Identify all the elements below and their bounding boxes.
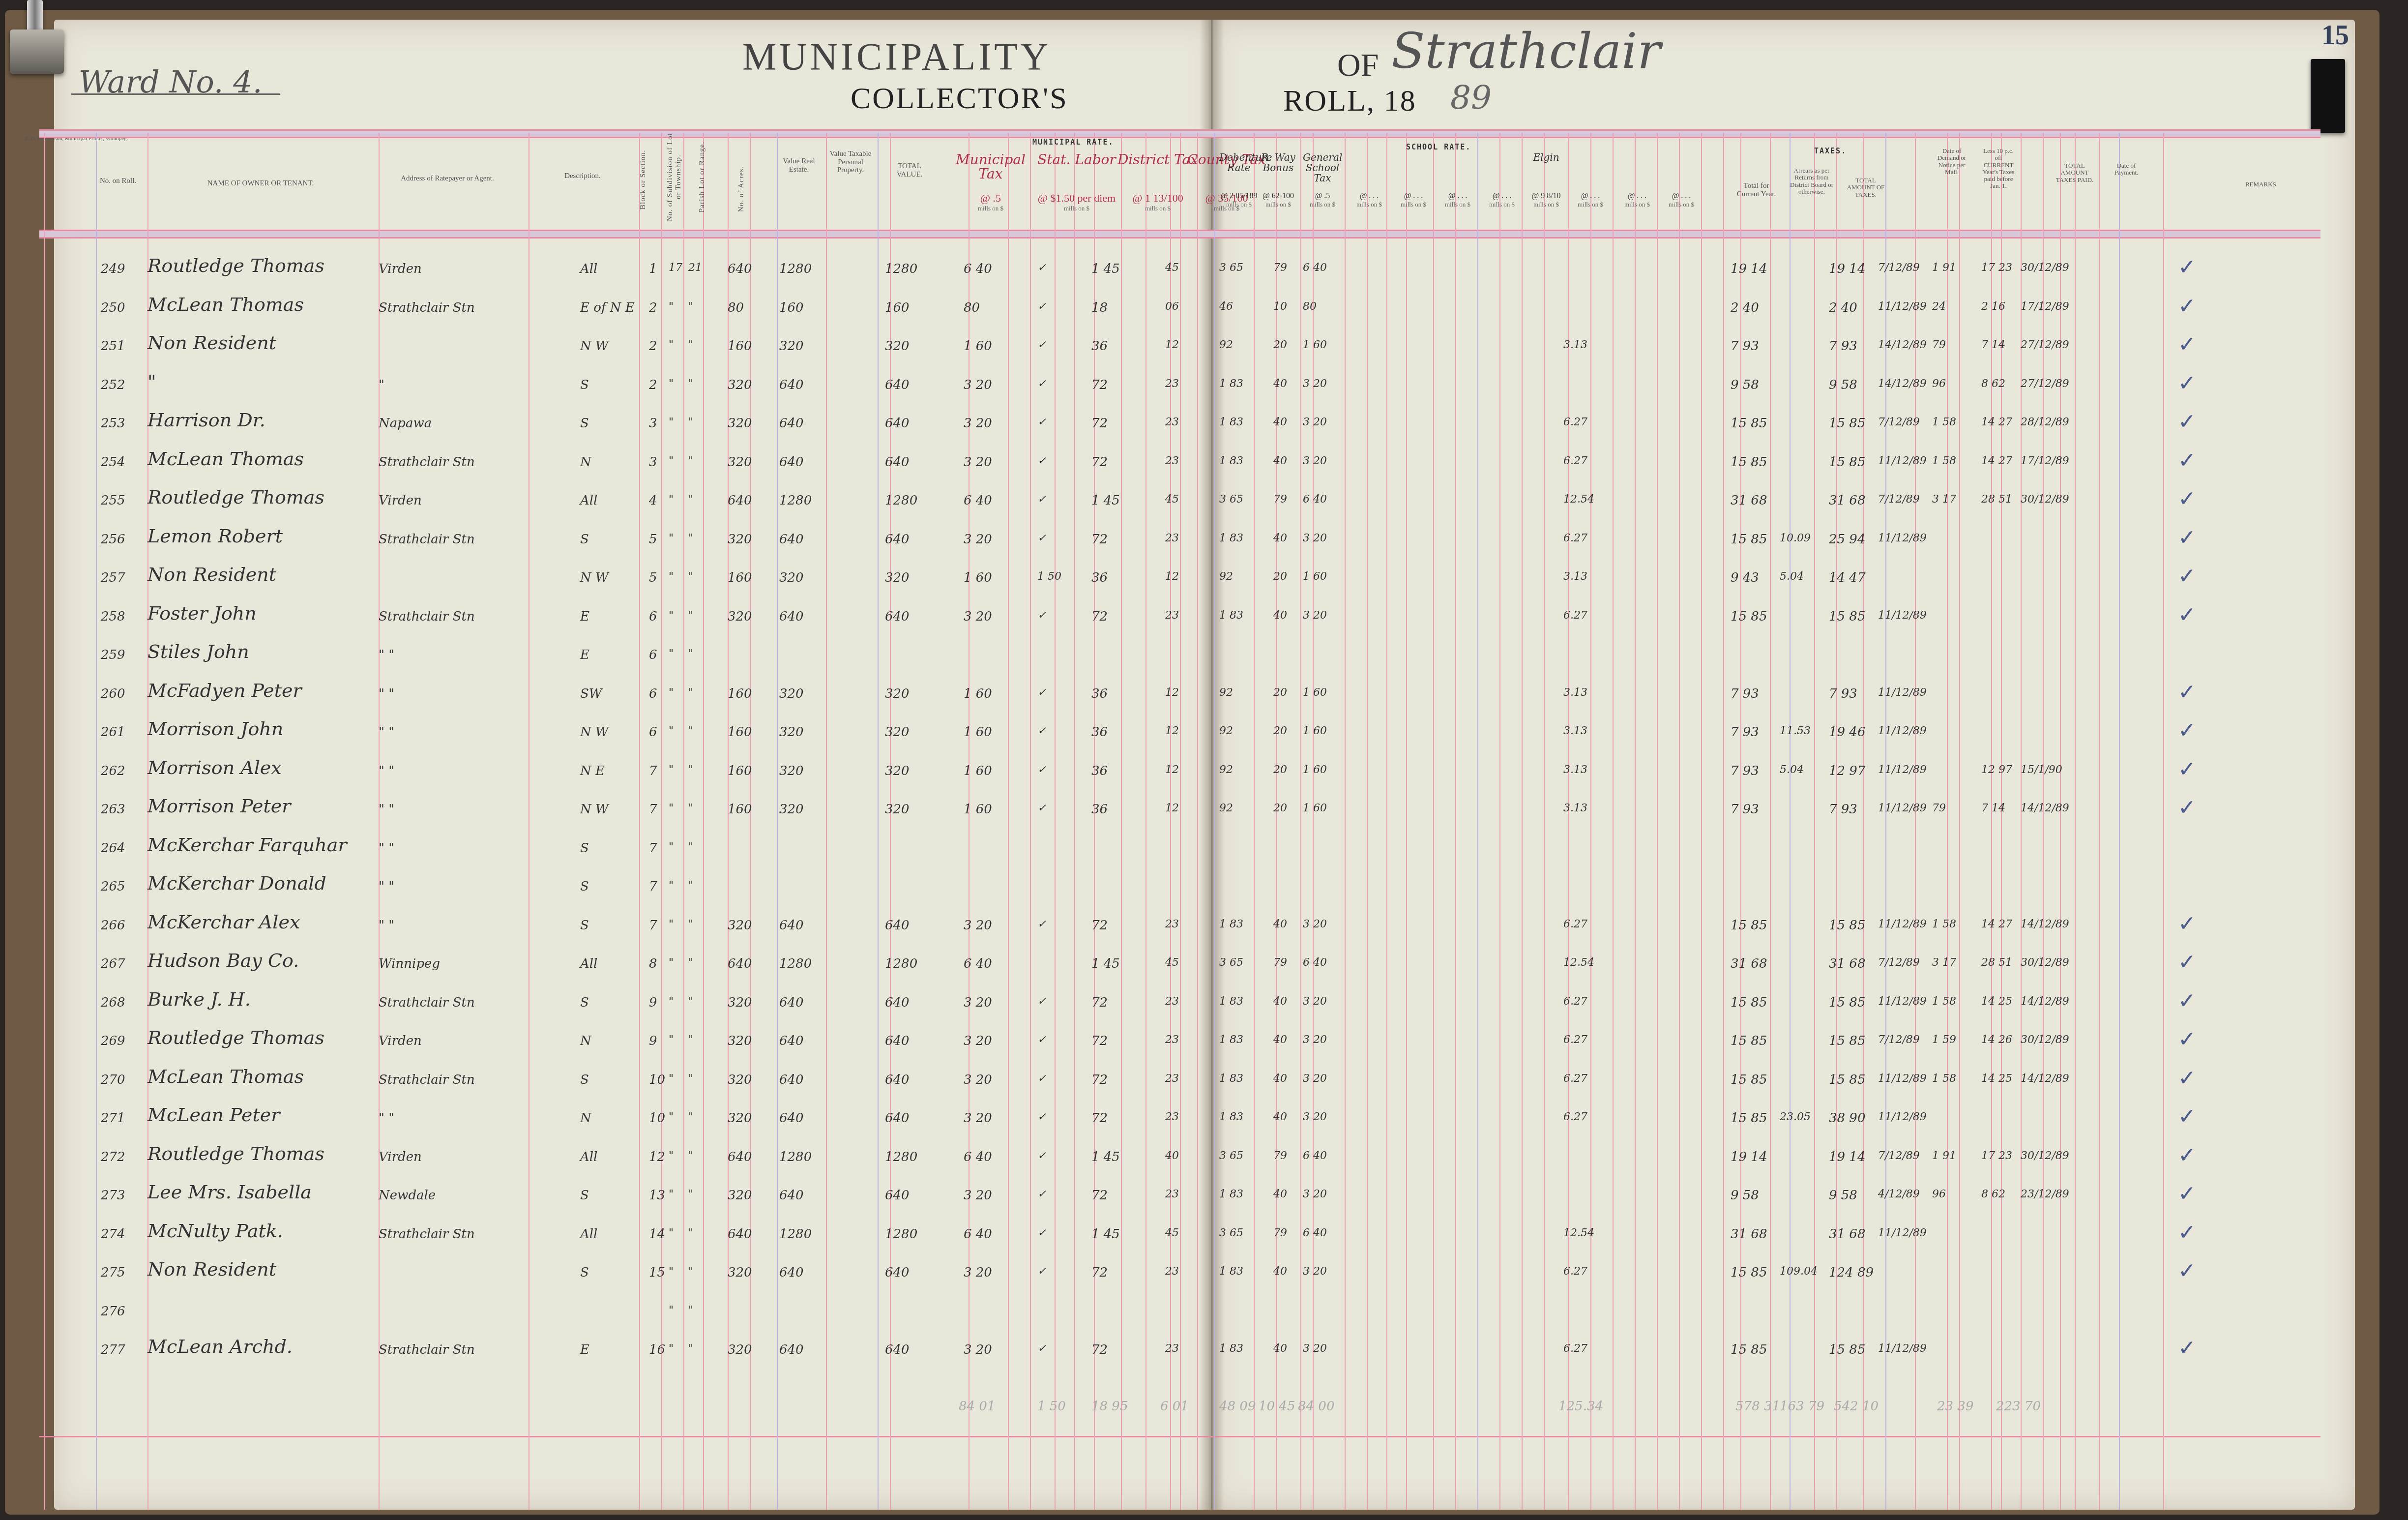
cell-acres: 160 <box>728 725 752 740</box>
cell-less10: 79 <box>1932 339 1946 351</box>
cell-twp: " <box>669 1188 674 1200</box>
cell-muni: 3 20 <box>964 1034 992 1048</box>
cell-rge: " <box>688 1034 693 1046</box>
cell-address: " " <box>379 1111 394 1126</box>
cell-muni: 3 20 <box>964 1265 992 1280</box>
cell-twp: " <box>669 764 674 776</box>
header-value-personal: Value Taxable Personal Property. <box>826 150 875 175</box>
total-rway: 10 45 <box>1259 1399 1295 1414</box>
cell-amount: 124 89 <box>1829 1265 1874 1280</box>
rate-block: @ . . .mills on $ <box>1662 192 1701 209</box>
cell-rge: " <box>688 764 693 776</box>
cell-amount: 15 85 <box>1829 455 1865 470</box>
cell-deb: 92 <box>1219 339 1233 351</box>
cell-labor: ✓ <box>1037 995 1046 1008</box>
cell-total: 320 <box>885 764 910 778</box>
header-subdivision: No. of Subdivision of Lot or Township. <box>666 133 682 221</box>
mills-label: mills on $ <box>949 205 1032 212</box>
cell-amount: 31 68 <box>1829 493 1865 508</box>
cell-total: 640 <box>885 918 910 933</box>
cell-total: 320 <box>885 339 910 354</box>
cell-labor: ✓ <box>1037 725 1046 737</box>
cell-acres: 640 <box>728 956 752 971</box>
cell-arrears: 23.05 <box>1780 1111 1811 1123</box>
cell-rway: 40 <box>1273 1188 1287 1200</box>
cell-real: 640 <box>779 1342 804 1357</box>
cell-paydate: 14/12/89 <box>2021 1073 2069 1085</box>
cell-cur: 31 68 <box>1731 493 1767 508</box>
cell-address: Strathclair Stn <box>379 1073 475 1087</box>
cell-rway: 20 <box>1273 725 1287 737</box>
cell-total: 320 <box>885 725 910 740</box>
cell-deb: 1 83 <box>1219 1111 1243 1123</box>
cell-name: McLean Thomas <box>147 294 304 315</box>
cell-name: " <box>147 371 156 392</box>
cell-no: 269 <box>101 1034 125 1048</box>
cell-cur: 9 58 <box>1731 378 1759 392</box>
cell-labor: ✓ <box>1037 378 1046 390</box>
cell-no: 271 <box>101 1111 125 1126</box>
header-municipal-rate: MUNICIPAL RATE. <box>1032 138 1114 147</box>
cell-remark: ✓ <box>2178 602 2196 627</box>
cell-total: 640 <box>885 378 910 392</box>
cell-no: 274 <box>101 1227 125 1242</box>
cell-cur: 9 58 <box>1731 1188 1759 1203</box>
cell-address: Strathclair Stn <box>379 532 475 547</box>
cell-real: 640 <box>779 609 804 624</box>
cell-sec: 2 <box>649 378 657 392</box>
cell-total: 320 <box>885 570 910 585</box>
cell-cur: 15 85 <box>1731 1342 1767 1357</box>
cell-gen: 1 60 <box>1303 339 1327 351</box>
cell-deb: 1 83 <box>1219 416 1243 428</box>
cell-name: Non Resident <box>147 564 276 585</box>
cell-no: 265 <box>101 879 125 894</box>
cell-deb: 92 <box>1219 686 1233 699</box>
cell-demand: 11/12/89 <box>1878 455 1927 467</box>
cell-paid: 14 26 <box>1981 1034 2012 1046</box>
cell-gen: 6 40 <box>1303 956 1327 969</box>
cell-no: 266 <box>101 918 125 933</box>
cell-amount: 15 85 <box>1829 1073 1865 1087</box>
cell-rway: 20 <box>1273 686 1287 699</box>
cell-sec: 9 <box>649 995 657 1010</box>
cell-elgin: 12.54 <box>1563 1227 1594 1239</box>
cell-paid: 14 27 <box>1981 918 2012 930</box>
cell-cur: 19 14 <box>1731 262 1767 276</box>
cell-total: 1280 <box>885 956 917 971</box>
cell-gen: 1 60 <box>1303 764 1327 776</box>
title-municipality: MUNICIPALITY <box>742 34 1051 79</box>
cell-cur: 15 85 <box>1731 1111 1767 1126</box>
total-deb: 48 09 <box>1219 1399 1256 1414</box>
cell-name: McNulty Patk. <box>147 1220 283 1242</box>
cell-muni: 3 20 <box>964 1188 992 1203</box>
cell-acres: 320 <box>728 1265 752 1280</box>
cell-name: Non Resident <box>147 332 276 354</box>
cell-real: 640 <box>779 532 804 547</box>
cell-elgin: 3.13 <box>1563 764 1587 776</box>
cell-twp: " <box>669 995 674 1008</box>
cell-rge: " <box>688 416 693 428</box>
cell-county: 23 <box>1165 1342 1179 1355</box>
cell-rge: 21 <box>688 262 702 274</box>
cell-cur: 15 85 <box>1731 416 1767 431</box>
cell-desc: S <box>580 1073 589 1087</box>
cell-gen: 3 20 <box>1303 1342 1327 1355</box>
cell-no: 272 <box>101 1150 125 1164</box>
cell-real: 1280 <box>779 956 812 971</box>
cell-district: 72 <box>1091 918 1108 933</box>
total-labor: 1 50 <box>1037 1399 1066 1414</box>
cell-twp: " <box>669 1111 674 1123</box>
cell-sec: 10 <box>649 1111 665 1126</box>
cell-acres: 320 <box>728 1034 752 1048</box>
cell-acres: 320 <box>728 609 752 624</box>
cell-demand: 7/12/89 <box>1878 262 1920 274</box>
cell-elgin: 6.27 <box>1563 1034 1587 1046</box>
cell-paid: 7 14 <box>1981 339 2005 351</box>
cell-twp: " <box>669 493 674 506</box>
mills-label: mills on $ <box>1350 201 1389 209</box>
cell-elgin: 6.27 <box>1563 1265 1587 1278</box>
cell-county: 23 <box>1165 995 1179 1008</box>
cell-gen: 3 20 <box>1303 1073 1327 1085</box>
cell-county: 23 <box>1165 378 1179 390</box>
rate-block: @ .5mills on $ <box>949 192 1032 212</box>
page-number: 15 <box>2321 20 2349 51</box>
roll-entry-row: 273Lee Mrs. IsabellaNewdaleS13""32064064… <box>0 1177 2408 1216</box>
cell-address: Strathclair Stn <box>379 1227 475 1242</box>
cell-sec: 15 <box>649 1265 665 1280</box>
cell-paid: 28 51 <box>1981 956 2012 969</box>
cell-county: 23 <box>1165 532 1179 544</box>
cell-desc: S <box>580 532 589 547</box>
header-total-current-year: Total for Current Year. <box>1735 182 1777 198</box>
cell-remark: ✓ <box>2178 1258 2196 1283</box>
cell-twp: " <box>669 1150 674 1162</box>
roll-entry-row: 261Morrison John" "N W6""1603203201 60✓3… <box>0 714 2408 752</box>
cell-labor: ✓ <box>1037 1034 1046 1046</box>
cell-amount: 31 68 <box>1829 956 1865 971</box>
cell-deb: 46 <box>1219 300 1233 313</box>
cell-remark: ✓ <box>2178 255 2196 280</box>
cell-real: 640 <box>779 1111 804 1126</box>
cell-gen: 1 60 <box>1303 570 1327 583</box>
cell-name: Morrison Alex <box>147 757 282 778</box>
cell-address: Strathclair Stn <box>379 1342 475 1357</box>
roll-entry-row: 274McNulty Patk.Strathclair StnAll14""64… <box>0 1216 2408 1254</box>
cell-gen: 3 20 <box>1303 1265 1327 1278</box>
header-total-value: TOTAL VALUE. <box>885 162 934 179</box>
cell-demand: 11/12/89 <box>1878 1111 1927 1123</box>
cell-twp: " <box>669 1034 674 1046</box>
cell-arrears: 5.04 <box>1780 764 1804 776</box>
cell-paid: 14 27 <box>1981 455 2012 467</box>
header-address: Address of Ratepayer or Agent. <box>379 175 516 183</box>
cell-remark: ✓ <box>2178 795 2196 820</box>
cell-total: 640 <box>885 1265 910 1280</box>
total-elgin: 125.34 <box>1558 1399 1603 1414</box>
cell-gen: 1 60 <box>1303 686 1327 699</box>
cell-real: 640 <box>779 1265 804 1280</box>
cell-muni: 3 20 <box>964 609 992 624</box>
cell-name: McLean Thomas <box>147 1066 304 1087</box>
roll-entry-row: 252""S2""3206406403 20✓72231 83403 209 5… <box>0 367 2408 405</box>
cell-address: Newdale <box>379 1188 436 1203</box>
cell-name: McFadyen Peter <box>147 680 302 701</box>
cell-desc: SW <box>580 686 602 701</box>
cell-total: 1280 <box>885 1227 917 1242</box>
cell-rge: " <box>688 1265 693 1278</box>
cell-gen: 3 20 <box>1303 1188 1327 1200</box>
cell-cur: 15 85 <box>1731 609 1767 624</box>
cell-sec: 2 <box>649 339 657 354</box>
cell-district: 36 <box>1091 802 1108 817</box>
cell-demand: 7/12/89 <box>1878 956 1920 969</box>
cell-deb: 1 83 <box>1219 378 1243 390</box>
cell-remark: ✓ <box>2178 911 2196 936</box>
cell-no: 260 <box>101 686 125 701</box>
cell-acres: 160 <box>728 764 752 778</box>
cell-labor: ✓ <box>1037 416 1046 428</box>
cell-acres: 640 <box>728 1150 752 1164</box>
cell-county: 12 <box>1165 725 1179 737</box>
cell-labor: 1 50 <box>1037 570 1061 583</box>
cell-less10: 1 58 <box>1932 1073 1956 1085</box>
cell-sec: 2 <box>649 300 657 315</box>
cell-twp: 17 <box>669 262 682 274</box>
cell-labor: ✓ <box>1037 1342 1046 1355</box>
cell-amount: 15 85 <box>1829 609 1865 624</box>
cell-muni: 6 40 <box>964 493 992 508</box>
cell-arrears: 109.04 <box>1780 1265 1818 1278</box>
cell-desc: S <box>580 416 589 431</box>
cell-real: 640 <box>779 378 804 392</box>
cell-total: 640 <box>885 1073 910 1087</box>
cell-real: 1280 <box>779 262 812 276</box>
cell-amount: 2 40 <box>1829 300 1857 315</box>
cell-muni: 3 20 <box>964 918 992 933</box>
cell-total: 640 <box>885 1188 910 1203</box>
cell-address: Virden <box>379 1150 422 1164</box>
cell-acres: 320 <box>728 918 752 933</box>
cell-twp: " <box>669 1304 674 1316</box>
cell-rge: " <box>688 455 693 467</box>
cell-real: 640 <box>779 1073 804 1087</box>
cell-elgin: 6.27 <box>1563 532 1587 544</box>
rate-block: @ 62-100mills on $ <box>1259 192 1298 209</box>
roll-entry-row: 269Routledge ThomasVirdenN9""3206406403 … <box>0 1023 2408 1061</box>
cell-cur: 15 85 <box>1731 1265 1767 1280</box>
cell-acres: 160 <box>728 570 752 585</box>
cell-sec: 6 <box>649 609 657 624</box>
cell-gen: 3 20 <box>1303 416 1327 428</box>
cell-deb: 1 83 <box>1219 995 1243 1008</box>
header-acres: No. of Acres. <box>737 157 746 221</box>
cell-address: " " <box>379 802 394 817</box>
cell-acres: 320 <box>728 532 752 547</box>
cell-county: 06 <box>1165 300 1179 313</box>
cell-remark: ✓ <box>2178 294 2196 319</box>
roll-entry-row: 249Routledge ThomasVirdenAll117216401280… <box>0 251 2408 289</box>
cell-name: Non Resident <box>147 1258 276 1280</box>
cell-total: 160 <box>885 300 910 315</box>
cell-no: 273 <box>101 1188 125 1203</box>
cell-district: 36 <box>1091 686 1108 701</box>
cell-labor: ✓ <box>1037 1111 1046 1123</box>
cell-real: 320 <box>779 764 804 778</box>
cell-demand: 11/12/89 <box>1878 995 1927 1008</box>
rate-value: @ 2 85/189 <box>1219 192 1259 201</box>
total-muni: 84 01 <box>959 1399 995 1414</box>
rate-value: @ . . . <box>1394 192 1433 201</box>
cell-less10: 1 59 <box>1932 1034 1956 1046</box>
cell-amount: 25 94 <box>1829 532 1865 547</box>
cell-real: 320 <box>779 802 804 817</box>
cell-sec: 3 <box>649 416 657 431</box>
cell-remark: ✓ <box>2178 757 2196 782</box>
cell-gen: 3 20 <box>1303 1034 1327 1046</box>
title-of: OF <box>1337 47 1379 84</box>
cell-paydate: 30/12/89 <box>2021 956 2069 969</box>
cell-sec: 7 <box>649 841 657 856</box>
cell-less10: 1 58 <box>1932 918 1956 930</box>
rate-block: @ 9 8/10mills on $ <box>1527 192 1566 209</box>
cell-paid: 2 16 <box>1981 300 2005 313</box>
cell-name: Routledge Thomas <box>147 1143 324 1164</box>
roll-entry-row: 277McLean Archd.Strathclair StnE16""3206… <box>0 1332 2408 1370</box>
roll-entry-row: 262Morrison Alex" "N E7""1603203201 60✓3… <box>0 753 2408 791</box>
roll-entry-row: 260McFadyen Peter" "SW6""1603203201 60✓3… <box>0 676 2408 714</box>
cell-labor: ✓ <box>1037 918 1046 930</box>
cell-amount: 15 85 <box>1829 918 1865 933</box>
cell-amount: 7 93 <box>1829 339 1857 354</box>
cell-paid: 12 97 <box>1981 764 2012 776</box>
cell-labor: ✓ <box>1037 764 1046 776</box>
cell-name: Lee Mrs. Isabella <box>147 1181 312 1203</box>
cell-county: 23 <box>1165 609 1179 622</box>
cell-amount: 19 46 <box>1829 725 1865 740</box>
header-value-real: Value Real Estate. <box>777 157 821 174</box>
rate-column-label: Stat. Labor <box>1035 152 1118 167</box>
cell-labor: ✓ <box>1037 455 1046 467</box>
cell-labor: ✓ <box>1037 609 1046 622</box>
cell-paid: 14 25 <box>1981 1073 2012 1085</box>
cell-arrears: 11.53 <box>1780 725 1811 737</box>
cell-gen: 3 20 <box>1303 1111 1327 1123</box>
cell-rway: 40 <box>1273 1265 1287 1278</box>
cell-sec: 12 <box>649 1150 665 1164</box>
cell-total: 640 <box>885 416 910 431</box>
roll-entry-row: 263Morrison Peter" "N W7""1603203201 60✓… <box>0 791 2408 830</box>
cell-paydate: 14/12/89 <box>2021 995 2069 1008</box>
cell-cur: 7 93 <box>1731 764 1759 778</box>
roll-entry-row: 270McLean ThomasStrathclair StnS10""3206… <box>0 1062 2408 1100</box>
cell-muni: 3 20 <box>964 1073 992 1087</box>
cell-amount: 19 14 <box>1829 1150 1865 1164</box>
cell-paid: 17 23 <box>1981 262 2012 274</box>
header-roll-no: No. on Roll. <box>98 177 138 185</box>
cell-gen: 1 60 <box>1303 802 1327 814</box>
cell-rge: " <box>688 570 693 583</box>
cell-county: 12 <box>1165 339 1179 351</box>
cell-remark: ✓ <box>2178 1066 2196 1091</box>
mills-label: mills on $ <box>1662 201 1701 209</box>
cell-rway: 20 <box>1273 802 1287 814</box>
cell-labor: ✓ <box>1037 1265 1046 1278</box>
cell-paydate: 27/12/89 <box>2021 339 2069 351</box>
total-paid: 223 70 <box>1996 1399 2041 1414</box>
cell-rge: " <box>688 1073 693 1085</box>
header-total-amount-taxes: TOTAL AMOUNT OF TAXES. <box>1844 177 1888 198</box>
cell-cur: 15 85 <box>1731 1073 1767 1087</box>
cell-sec: 5 <box>649 532 657 547</box>
cell-paid: 14 25 <box>1981 995 2012 1008</box>
cell-no: 268 <box>101 995 125 1010</box>
cell-acres: 80 <box>728 300 744 315</box>
rate-value: @ .5 <box>1303 192 1342 201</box>
cell-acres: 320 <box>728 1073 752 1087</box>
cell-gen: 3 20 <box>1303 532 1327 544</box>
cell-rway: 40 <box>1273 1034 1287 1046</box>
cell-address: Virden <box>379 493 422 508</box>
cell-county: 23 <box>1165 918 1179 930</box>
rate-block: @ . . .mills on $ <box>1482 192 1522 209</box>
cell-no: 249 <box>101 262 125 276</box>
cell-address: " " <box>379 879 394 894</box>
roll-entry-row: 256Lemon RobertStrathclair StnS5""320640… <box>0 521 2408 560</box>
cell-amount: 9 58 <box>1829 378 1857 392</box>
rate-value: @ .5 <box>949 192 1032 205</box>
cell-sec: 13 <box>649 1188 665 1203</box>
cell-county: 12 <box>1165 570 1179 583</box>
cell-name: Harrison Dr. <box>147 409 265 431</box>
header-less-10pc: Less 10 p.c. off CURRENT Year's Taxes pa… <box>1981 148 2016 190</box>
cell-rge: " <box>688 1304 693 1316</box>
cell-rway: 10 <box>1273 300 1287 313</box>
cell-rge: " <box>688 378 693 390</box>
cell-desc: N W <box>580 570 609 585</box>
title-collectors: COLLECTOR'S <box>851 81 1068 116</box>
cell-remark: ✓ <box>2178 1181 2196 1206</box>
cell-twp: " <box>669 609 674 622</box>
cell-labor: ✓ <box>1037 532 1046 544</box>
cell-real: 320 <box>779 725 804 740</box>
cell-rway: 79 <box>1273 1227 1287 1239</box>
rate-column-label: Debenture Rate <box>1219 152 1259 173</box>
cell-labor: ✓ <box>1037 686 1046 699</box>
cell-gen: 3 20 <box>1303 918 1327 930</box>
cell-real: 640 <box>779 1034 804 1048</box>
cell-muni: 1 60 <box>964 725 992 740</box>
cell-county: 45 <box>1165 1227 1179 1239</box>
cell-real: 320 <box>779 686 804 701</box>
cell-paydate: 14/12/89 <box>2021 802 2069 814</box>
cell-rge: " <box>688 956 693 969</box>
cell-address: " " <box>379 918 394 933</box>
roll-entry-row: 268Burke J. H.Strathclair StnS9""3206406… <box>0 984 2408 1023</box>
cell-remark: ✓ <box>2178 988 2196 1013</box>
cell-acres: 320 <box>728 1342 752 1357</box>
cell-sec: 5 <box>649 570 657 585</box>
cell-elgin: 3.13 <box>1563 686 1587 699</box>
cell-rge: " <box>688 493 693 506</box>
cell-no: 253 <box>101 416 125 431</box>
cell-rge: " <box>688 648 693 660</box>
cell-demand: 11/12/89 <box>1878 725 1927 737</box>
mills-label: mills on $ <box>1617 201 1657 209</box>
